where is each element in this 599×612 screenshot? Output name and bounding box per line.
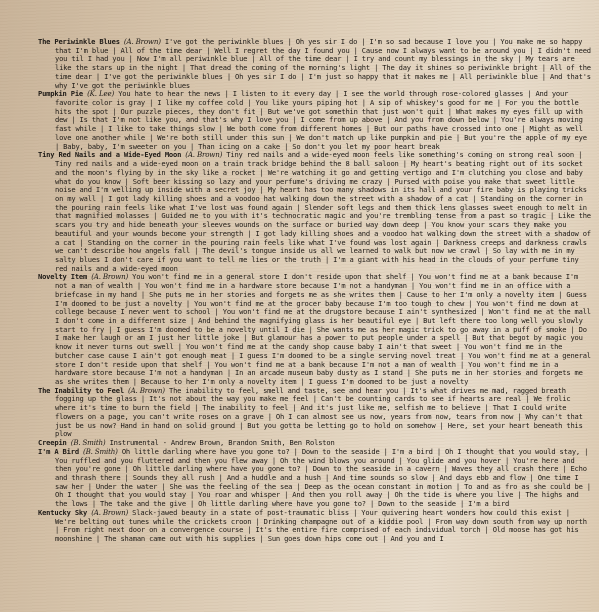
song-lyrics: Oh little darling where have you gone to… (55, 447, 591, 508)
song-writer: (A. Brown) (91, 272, 128, 281)
song-lyrics: Slack-jawed beauty in a state of post-tr… (55, 508, 587, 543)
song-entry-periwinkle-blues: The Periwinkle Blues (A. Brown) I've got… (38, 38, 594, 90)
song-lyrics: Tiny red nails and a wide-eyed moon feel… (55, 150, 591, 272)
song-entry-im-a-bird: I'm A Bird (B. Smith) Oh little darling … (38, 448, 594, 509)
song-entry-kentucky-sky: Kentucky Sky (A. Brown) Slack-jawed beau… (38, 509, 594, 544)
song-title: The Inability to Feel (38, 386, 124, 395)
song-title: Novelty Item (38, 272, 87, 281)
song-entry-pumpkin-pie: Pumpkin Pie (K. Lee) You hate to hear th… (38, 90, 594, 151)
song-lyrics: I've got the periwinkle blues | Oh yes s… (55, 37, 591, 90)
song-writer: (A. Brown) (124, 37, 161, 46)
song-title: The Periwinkle Blues (38, 37, 120, 46)
song-title: Kentucky Sky (38, 508, 87, 517)
song-writer: (A. Brown) (128, 386, 165, 395)
song-entry-tiny-red-nails: Tiny Red Nails and a Wide-Eyed Moon (A. … (38, 151, 594, 273)
song-lyrics: You hate to hear the news | I listen to … (55, 89, 587, 150)
song-writer: (A. Brown) (185, 150, 222, 159)
song-title: Creepin (38, 438, 67, 447)
song-entry-inability-to-feel: The Inability to Feel (A. Brown) The ina… (38, 387, 594, 439)
song-lyrics: Instrumental - Andrew Brown, Brandon Smi… (110, 438, 335, 447)
song-title: I'm A Bird (38, 447, 79, 456)
song-entry-novelty-item: Novelty Item (A. Brown) You won't find m… (38, 273, 594, 386)
lyrics-sheet: The Periwinkle Blues (A. Brown) I've got… (38, 38, 594, 544)
song-title: Tiny Red Nails and a Wide-Eyed Moon (38, 150, 181, 159)
song-writer: (K. Lee) (87, 89, 114, 98)
song-lyrics: You won't find me in a general store I d… (55, 272, 591, 386)
song-writer: (A. Brown) (91, 508, 128, 517)
song-writer: (B. Smith) (83, 447, 118, 456)
song-title: Pumpkin Pie (38, 89, 83, 98)
song-writer: (B. Smith) (71, 438, 106, 447)
song-lyrics: The inability to feel, smell and taste, … (55, 386, 583, 439)
